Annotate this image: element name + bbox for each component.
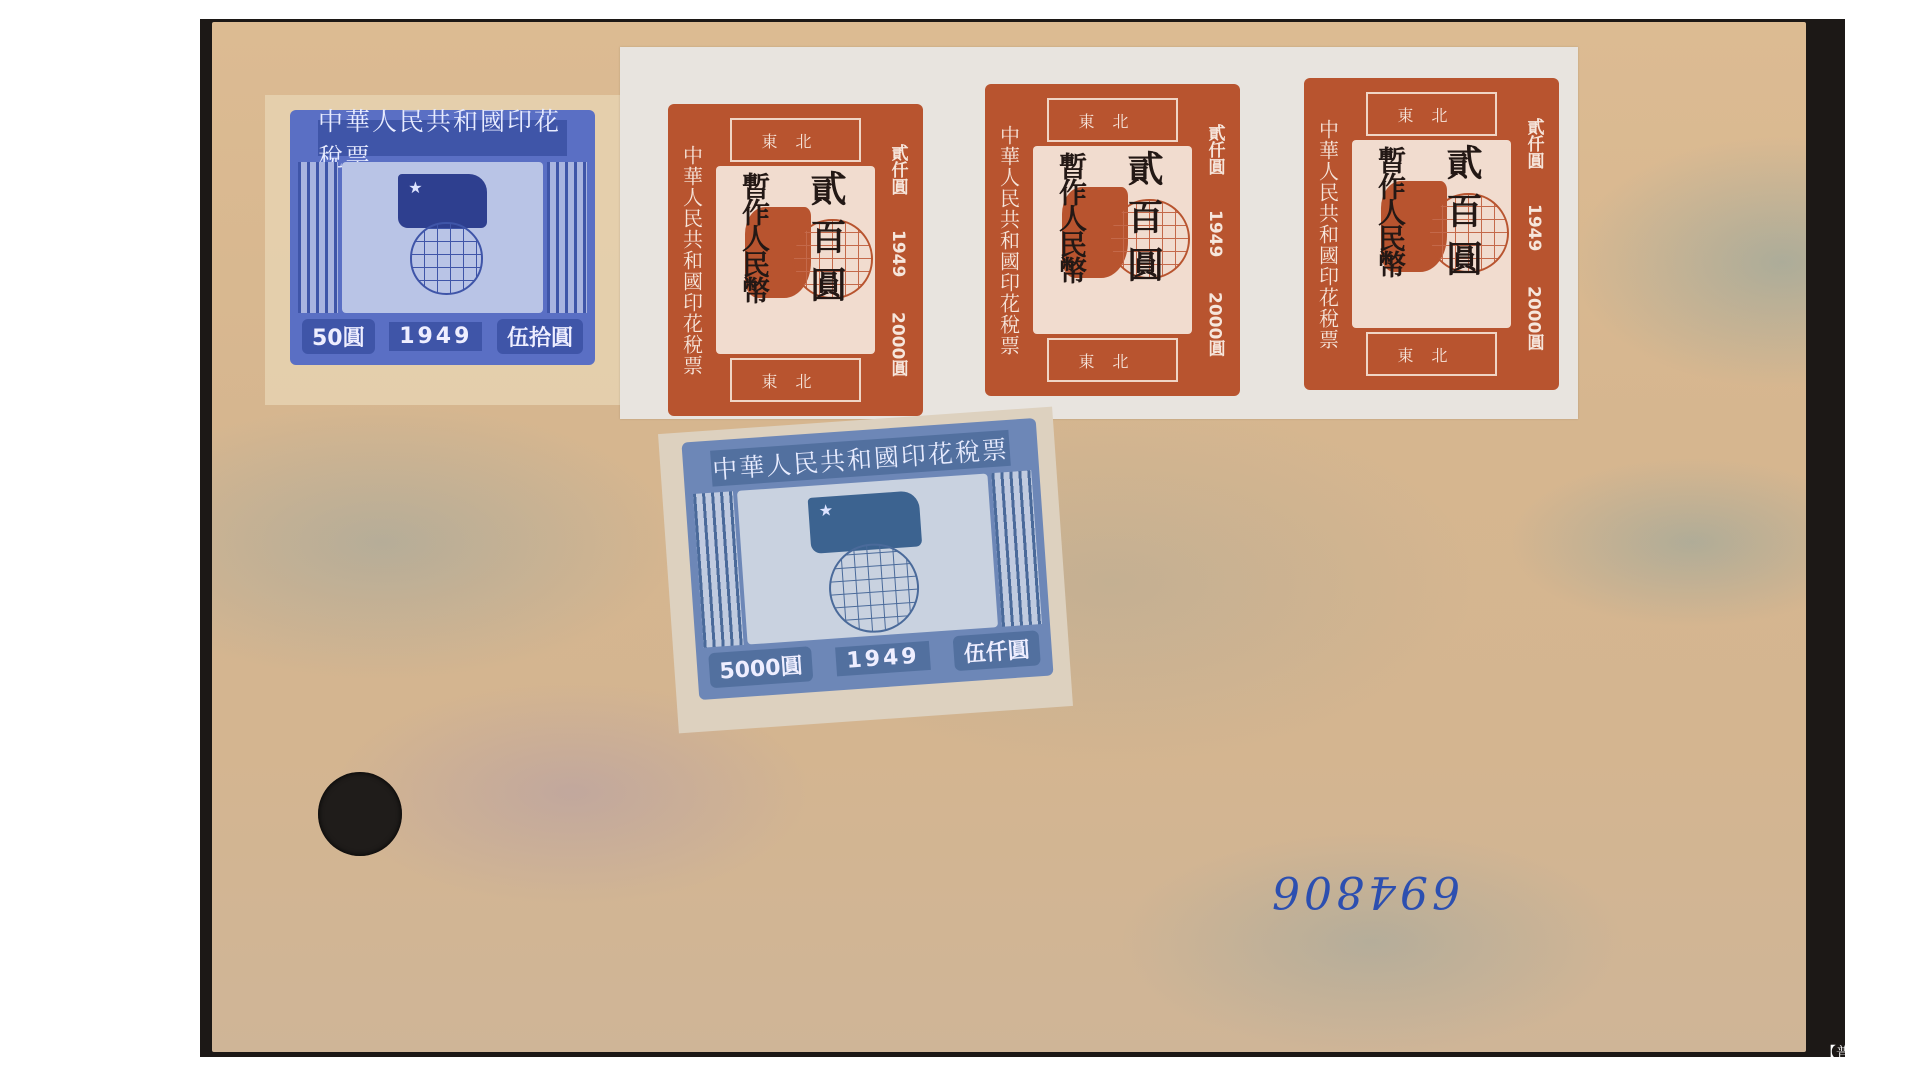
stamp-year: 1949	[836, 640, 931, 675]
pillar-right	[547, 162, 587, 313]
stamp-region-bottom: 東北	[1366, 332, 1497, 376]
pillar-left	[693, 491, 744, 647]
overprint-left: 暫作人民幣	[734, 172, 774, 302]
stamp-value-numeric: 2000圓	[886, 312, 911, 376]
stamp-region-top: 東北	[730, 118, 861, 162]
stamp-value-chinese: 伍仟圓	[953, 630, 1041, 671]
watermark-text: 【普	[1822, 1042, 1850, 1062]
stamp-value-numeric: 2000圓	[1203, 292, 1228, 356]
stamp-vignette: 暫作人民幣 貳百圓	[1352, 140, 1511, 328]
globe-icon	[410, 222, 482, 294]
stamp-vignette	[737, 473, 998, 644]
overprint-right: 貳百圓	[800, 170, 851, 314]
stamp-value-numeric: 2000圓	[1522, 286, 1547, 350]
stamp-year: 1949	[1524, 204, 1544, 251]
stamp-year: 1949	[888, 230, 908, 277]
stamp-region-top: 東北	[1047, 98, 1178, 142]
stamp-blue-5000: 中華人民共和國印花稅票 5000圓 1949 伍仟圓	[681, 418, 1053, 700]
overprint-left: 暫作人民幣	[1370, 146, 1410, 276]
pillar-right	[991, 470, 1042, 626]
stamp-region-bottom: 東北	[1047, 338, 1178, 382]
stamp-value-chinese: 貳仟圓	[1522, 118, 1547, 169]
flag-icon	[398, 174, 486, 228]
punch-hole	[318, 772, 402, 856]
stamp-red-2000-2: 中華人民共和國印花稅票 東北 東北 暫作人民幣 貳百圓 貳仟圓 1949 200…	[985, 84, 1240, 396]
overprint-left: 暫作人民幣	[1051, 152, 1091, 282]
stamp-title: 中華人民共和國印花稅票	[993, 114, 1025, 366]
stamp-value-numeric: 50圓	[302, 319, 375, 354]
handwritten-number: 694806	[1268, 866, 1460, 917]
overprint-right: 貳百圓	[1436, 144, 1487, 288]
stamp-year: 1949	[1205, 210, 1225, 257]
stamp-value-numeric: 5000圓	[708, 646, 813, 688]
stamp-value-chinese: 貳仟圓	[886, 144, 911, 195]
stamp-year: 1949	[389, 322, 482, 351]
pillar-left	[298, 162, 338, 313]
stamp-red-2000-1: 中華人民共和國印花稅票 東北 東北 暫作人民幣 貳百圓 貳仟圓 1949 200…	[668, 104, 923, 416]
stamp-title: 中華人民共和國印花稅票	[318, 120, 567, 156]
globe-icon	[826, 540, 921, 635]
stamp-vignette	[342, 162, 543, 313]
stamp-value-chinese: 伍拾圓	[497, 319, 583, 354]
stamp-vignette: 暫作人民幣 貳百圓	[716, 166, 875, 354]
stamp-region-top: 東北	[1366, 92, 1497, 136]
stamp-value-chinese: 貳仟圓	[1203, 124, 1228, 175]
stamp-red-2000-3: 中華人民共和國印花稅票 東北 東北 暫作人民幣 貳百圓 貳仟圓 1949 200…	[1304, 78, 1559, 390]
stamp-vignette: 暫作人民幣 貳百圓	[1033, 146, 1192, 334]
stamp-title: 中華人民共和國印花稅票	[676, 134, 708, 386]
stamp-region-bottom: 東北	[730, 358, 861, 402]
stamp-title: 中華人民共和國印花稅票	[1312, 108, 1344, 360]
overprint-right: 貳百圓	[1117, 150, 1168, 294]
stamp-blue-50: 中華人民共和國印花稅票 50圓 1949 伍拾圓	[290, 110, 595, 365]
